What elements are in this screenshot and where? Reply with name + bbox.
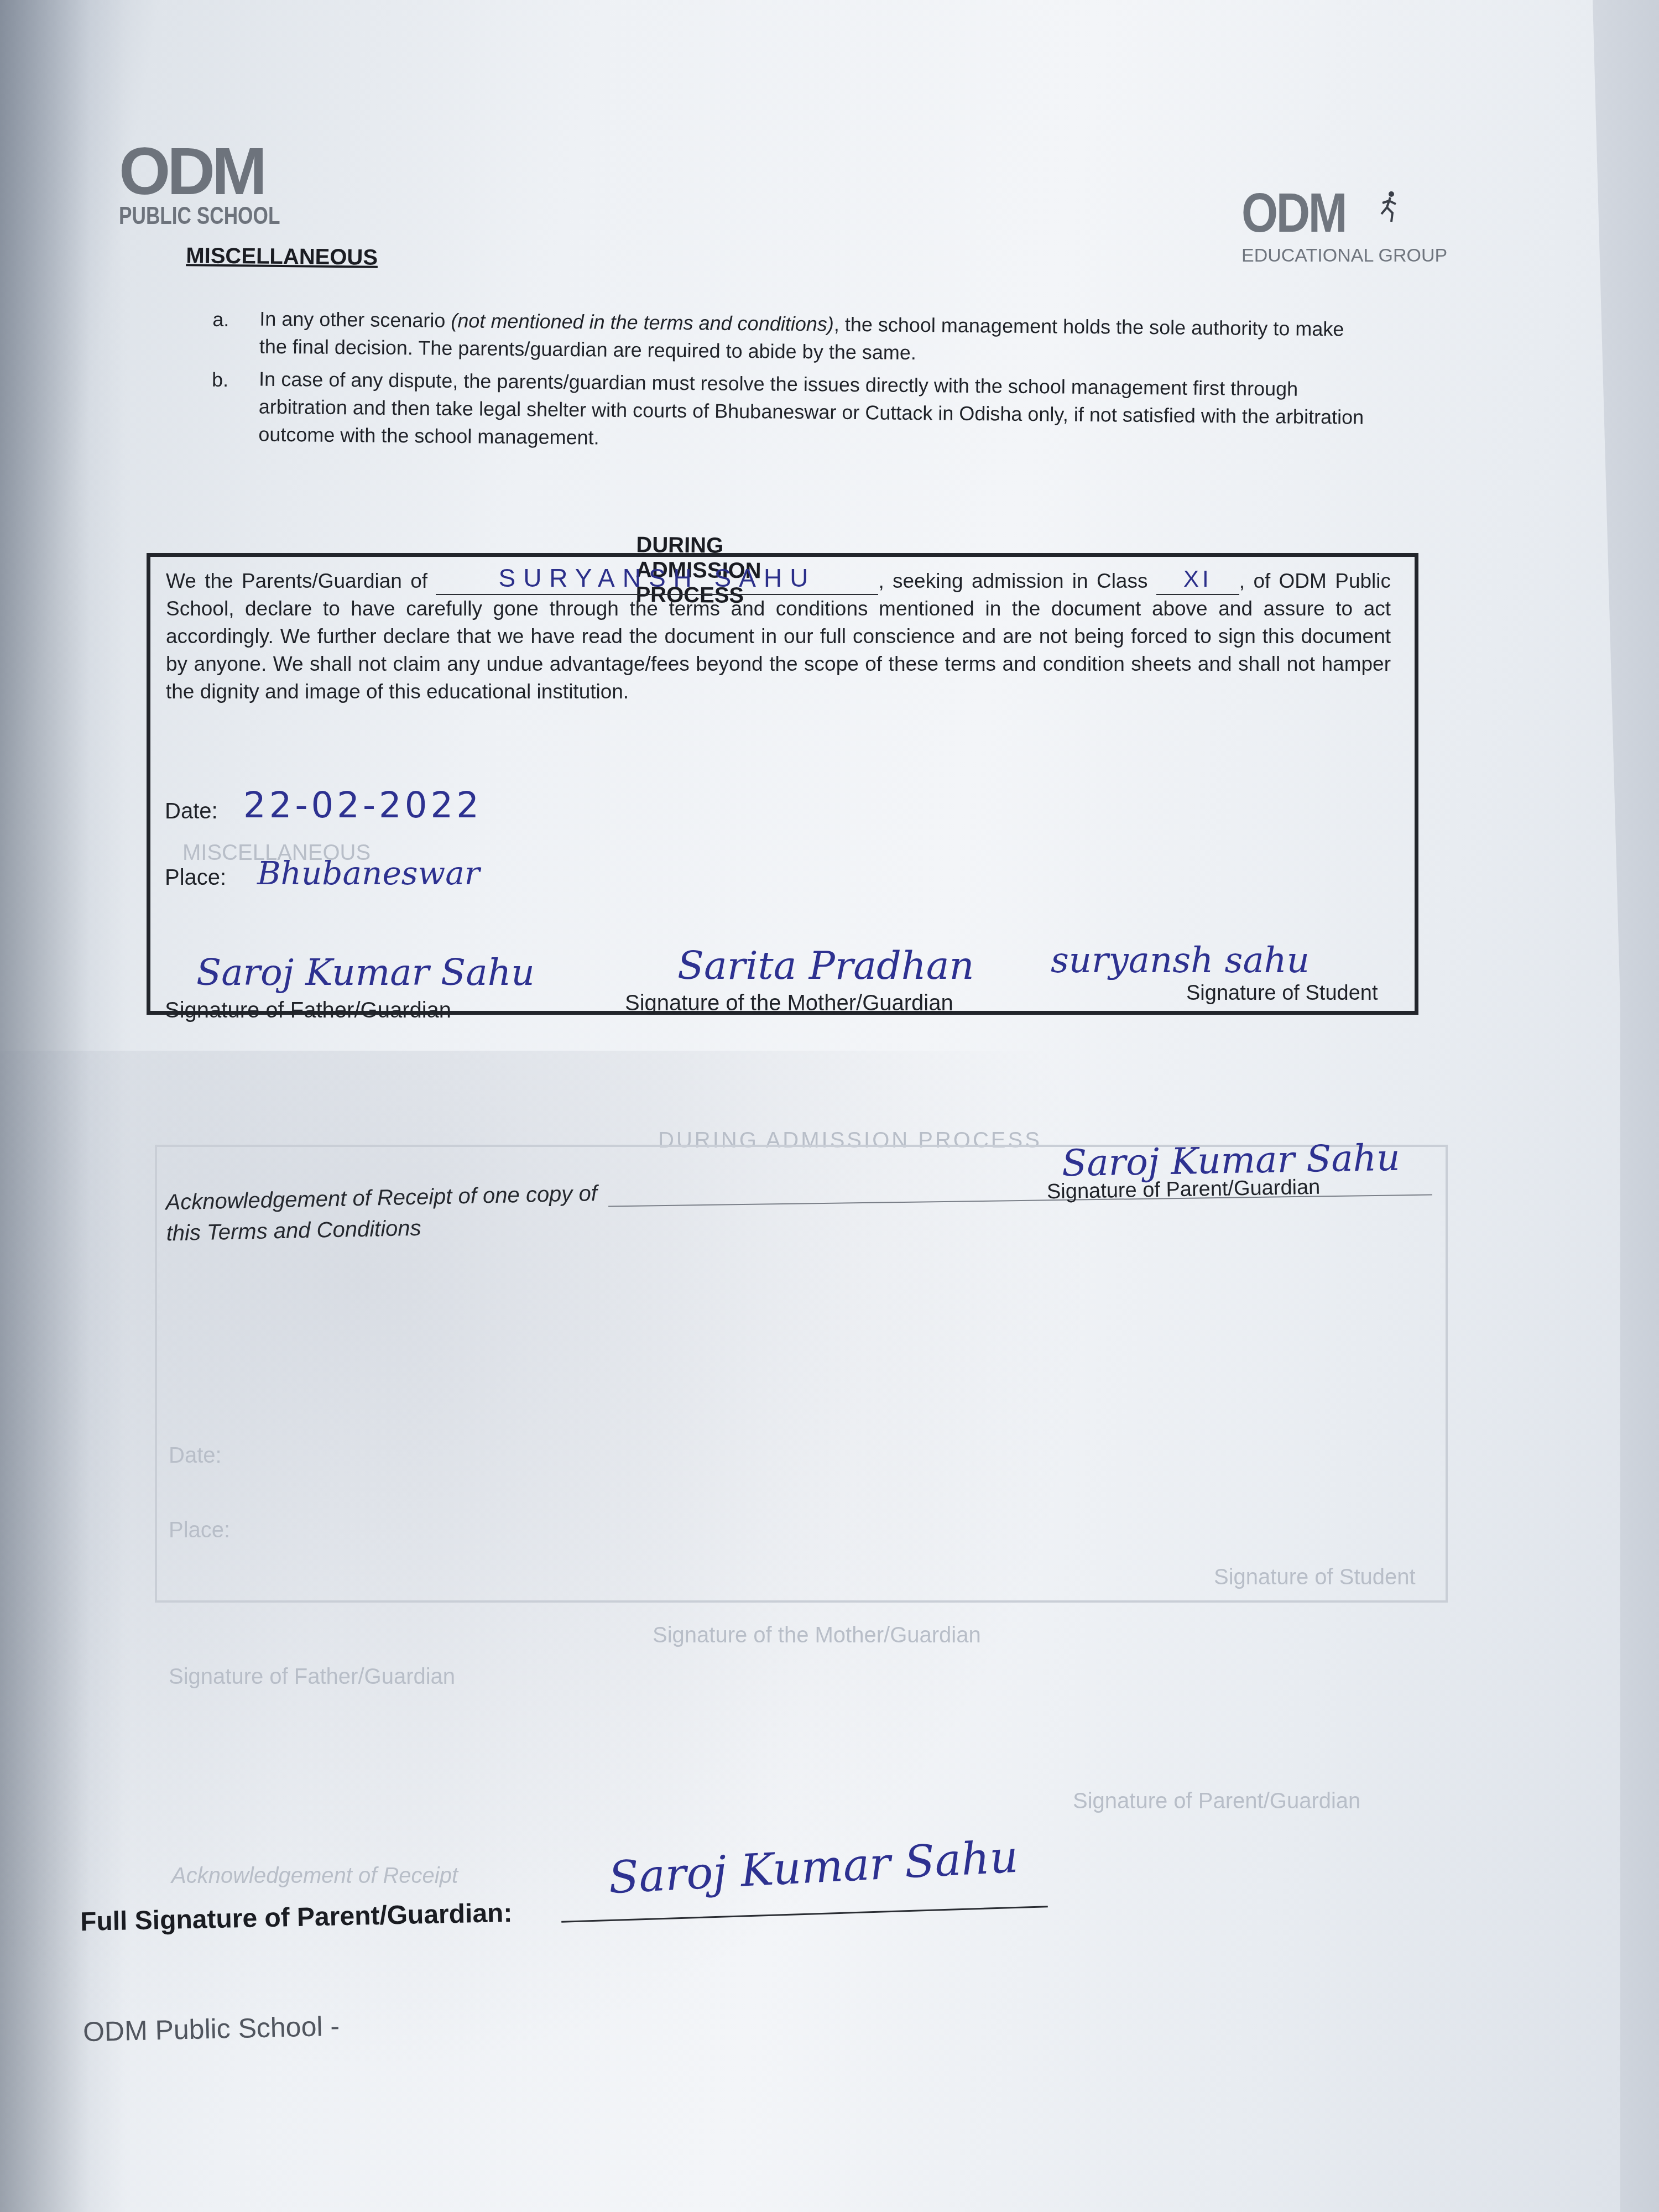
father-signature-label: Signature of Father/Guardian xyxy=(165,998,451,1023)
handwritten-student-name: SURYANSH SAHU xyxy=(498,564,816,592)
logo-subtitle: PUBLIC SCHOOL xyxy=(119,202,280,230)
ghost-sig-parent: Signature of Parent/Guardian xyxy=(1073,1789,1360,1814)
place-label: Place: xyxy=(165,865,226,890)
text-italic: (not mentioned in the terms and conditio… xyxy=(451,309,834,336)
student-signature[interactable]: suryansh sahu xyxy=(1051,940,1310,981)
text: , of xyxy=(1239,570,1270,592)
handwritten-class: XI xyxy=(1183,566,1212,592)
list-item: In any other scenario (not mentioned in … xyxy=(259,305,1366,371)
student-signature-label: Signature of Student xyxy=(1186,982,1378,1005)
class-field[interactable]: XI xyxy=(1156,565,1239,595)
logo-subtitle: EDUCATIONAL GROUP xyxy=(1241,245,1447,267)
text: , seeking admission in Class xyxy=(878,570,1147,592)
place-value[interactable]: Bhubaneswar xyxy=(257,854,479,892)
ghost-place: Place: xyxy=(169,1518,230,1543)
document-page: MISCELLANEOUS DURING ADMISSION PROCESS D… xyxy=(0,0,1620,2212)
text: We the Parents/Guardian of xyxy=(166,570,427,592)
odm-public-school-logo: ODM PUBLIC SCHOOL xyxy=(119,138,320,230)
ghost-sig-father: Signature of Father/Guardian xyxy=(169,1665,455,1689)
date-value[interactable]: 22-02-2022 xyxy=(243,785,482,826)
mother-signature-label: Signature of the Mother/Guardian xyxy=(625,991,953,1016)
ghost-ack: Acknowledgement of Receipt xyxy=(171,1864,458,1888)
list-marker: b. xyxy=(212,368,228,392)
father-signature[interactable]: Saroj Kumar Sahu xyxy=(196,951,535,994)
logo-mark: ODM xyxy=(119,138,320,205)
footer-text: ODM Public School - xyxy=(82,2010,340,2048)
acknowledgement-text: Acknowledgement of Receipt of one copy o… xyxy=(165,1178,609,1249)
ghost-date: Date: xyxy=(169,1443,222,1468)
student-name-field[interactable]: SURYANSH SAHU xyxy=(436,564,878,595)
odm-educational-group-logo: ODM EDUCATIONAL GROUP xyxy=(1241,185,1447,267)
ghost-sig-mother: Signature of the Mother/Guardian xyxy=(653,1623,981,1648)
declaration-text: We the Parents/Guardian of SURYANSH SAHU… xyxy=(166,564,1391,706)
ghost-sig-student: Signature of Student xyxy=(1214,1565,1416,1590)
section-heading-miscellaneous: MISCELLANEOUS xyxy=(186,243,378,270)
date-label: Date: xyxy=(165,799,218,824)
runner-icon xyxy=(1377,191,1399,224)
text: In any other scenario xyxy=(259,307,451,332)
parent-signature-label: Signature of Parent/Guardian xyxy=(1047,1176,1321,1204)
list-item: In case of any dispute, the parents/guar… xyxy=(258,366,1365,459)
mother-signature[interactable]: Sarita Pradhan xyxy=(677,943,974,988)
list-marker: a. xyxy=(212,308,229,331)
